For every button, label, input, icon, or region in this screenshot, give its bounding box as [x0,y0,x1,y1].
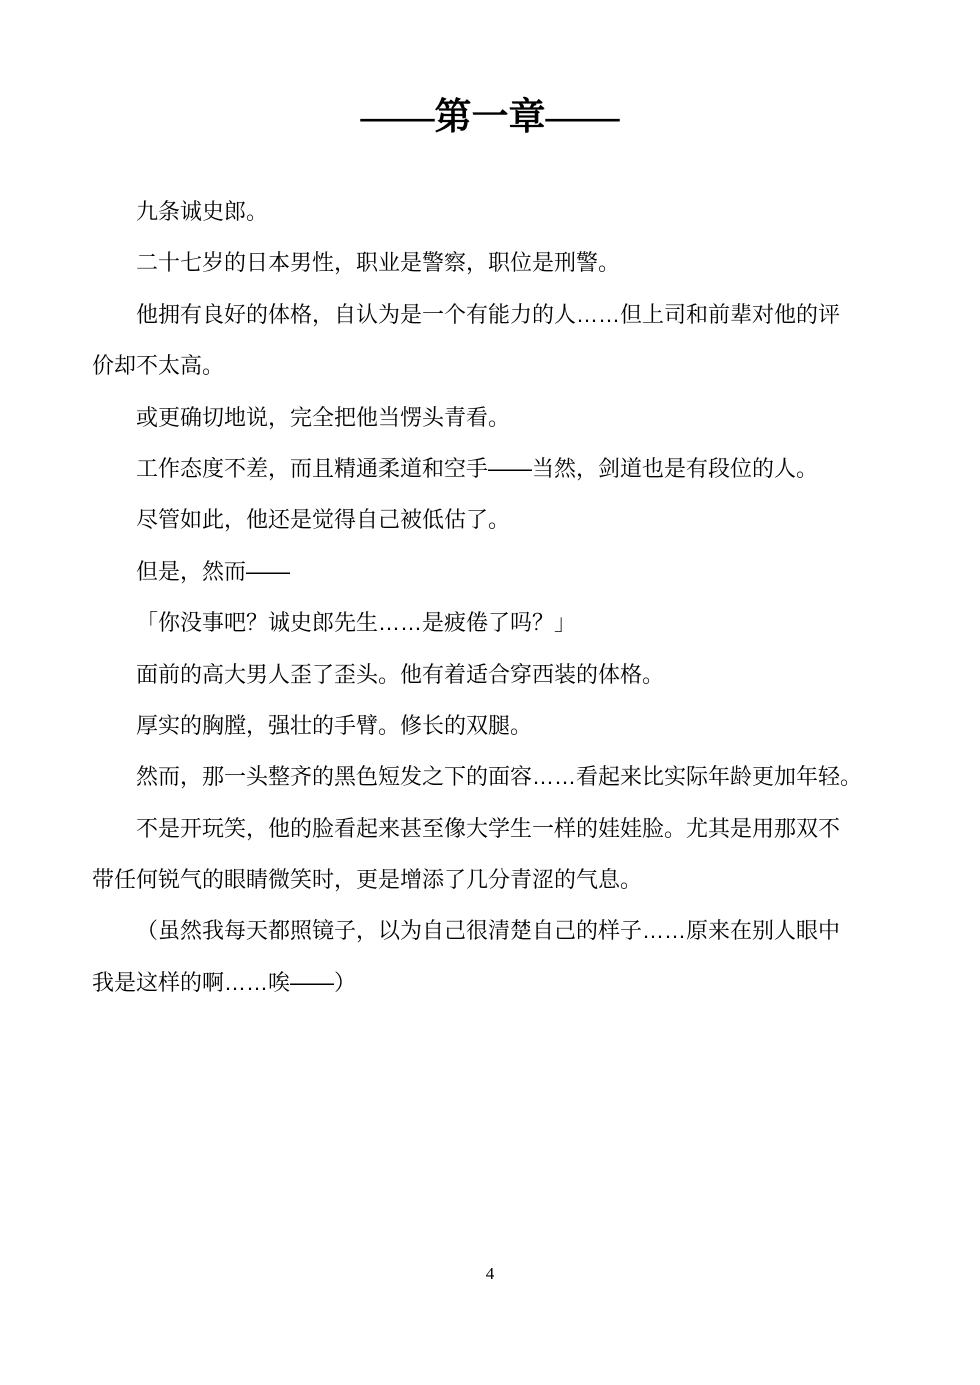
paragraph-first-line: 或更确切地说，完全把他当愣头青看。 [92,392,888,443]
page-number: 4 [0,1263,980,1285]
paragraph-first-line: 他拥有良好的体格，自认为是一个有能力的人……但上司和前辈对他的评 [92,289,888,340]
paragraph-first-line: 不是开玩笑，他的脸看起来甚至像大学生一样的娃娃脸。尤其是用那双不 [92,803,888,854]
paragraph-wrap-line: 价却不太高。 [92,340,888,391]
paragraph-first-line: 九条诚史郎。 [92,186,888,237]
paragraph-first-line: 尽管如此，他还是觉得自己被低估了。 [92,494,888,545]
document-page: ——第一章—— 九条诚史郎。二十七岁的日本男性，职业是警察，职位是刑警。他拥有良… [0,0,980,1385]
paragraph-first-line: 二十七岁的日本男性，职业是警察，职位是刑警。 [92,237,888,288]
paragraph-first-line: 面前的高大男人歪了歪头。他有着适合穿西装的体格。 [92,649,888,700]
paragraph-first-line: 但是，然而—— [92,546,888,597]
paragraph-wrap-line: 我是这样的啊……唉——） [92,957,888,1008]
paragraph-first-line: （虽然我每天都照镜子，以为自己很清楚自己的样子……原来在别人眼中 [92,905,888,956]
page-body: 九条诚史郎。二十七岁的日本男性，职业是警察，职位是刑警。他拥有良好的体格，自认为… [92,186,888,1008]
paragraph-first-line: 「你没事吧？诚史郎先生……是疲倦了吗？」 [92,597,888,648]
chapter-title: ——第一章—— [0,96,980,140]
paragraph-first-line: 工作态度不差，而且精通柔道和空手——当然，剑道也是有段位的人。 [92,443,888,494]
paragraph-first-line: 厚实的胸膛，强壮的手臂。修长的双腿。 [92,700,888,751]
paragraph-first-line: 然而，那一头整齐的黑色短发之下的面容……看起来比实际年龄更加年轻。 [92,751,888,802]
paragraph-wrap-line: 带任何锐气的眼睛微笑时，更是增添了几分青涩的气息。 [92,854,888,905]
